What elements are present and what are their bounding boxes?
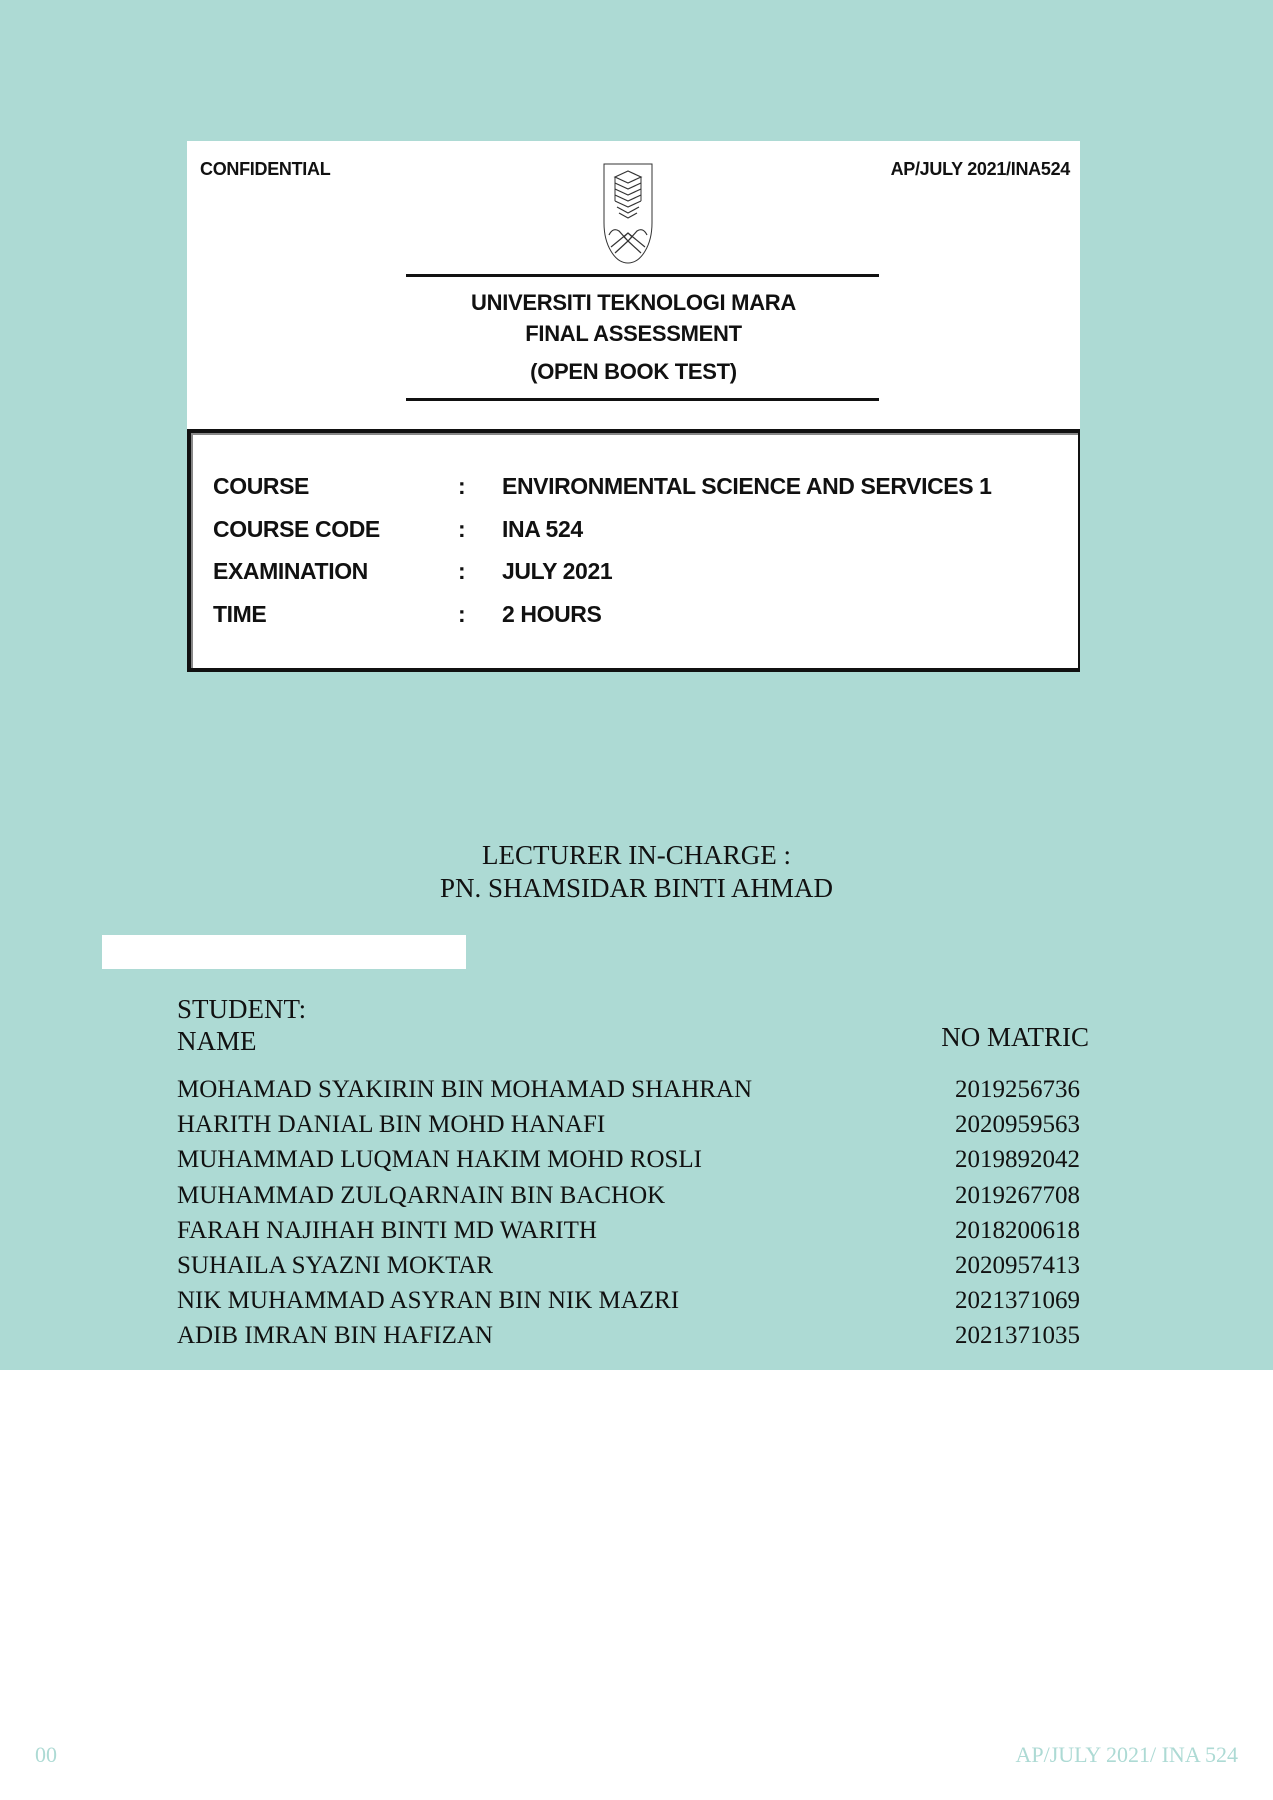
info-separator: :: [458, 558, 465, 585]
exam-header-card: CONFIDENTIAL AP/JULY 2021/INA524 UNIVERS…: [187, 141, 1080, 429]
student-matric: 2021371035: [955, 1322, 1080, 1350]
info-separator: :: [458, 601, 465, 628]
info-label: TIME: [213, 601, 266, 628]
student-row: ADIB IMRAN BIN HAFIZAN 2021371035: [177, 1322, 1080, 1357]
course-info-box: COURSE : ENVIRONMENTAL SCIENCE AND SERVI…: [187, 429, 1080, 672]
student-name: MUHAMMAD ZULQARNAIN BIN BACHOK: [177, 1182, 665, 1210]
page-number: 00: [35, 1742, 57, 1768]
info-separator: :: [458, 473, 465, 500]
student-matric: 2019256736: [955, 1076, 1080, 1104]
student-row: SUHAILA SYAZNI MOKTAR 2020957413: [177, 1252, 1080, 1287]
confidential-label: CONFIDENTIAL: [200, 159, 330, 180]
course-info-row: COURSE : ENVIRONMENTAL SCIENCE AND SERVI…: [213, 473, 1068, 503]
info-value: 2 HOURS: [502, 601, 601, 628]
student-name: ADIB IMRAN BIN HAFIZAN: [177, 1322, 493, 1350]
matric-column-header: NO MATRIC: [941, 1022, 1089, 1053]
student-matric: 2018200618: [955, 1217, 1080, 1245]
title-bottom-rule: [406, 398, 879, 401]
lecturer-heading: LECTURER IN-CHARGE :: [0, 840, 1273, 871]
student-matric: 2019892042: [955, 1146, 1080, 1174]
university-crest-icon: [603, 163, 653, 265]
student-matric: 2021371069: [955, 1287, 1080, 1315]
student-matric: 2020959563: [955, 1111, 1080, 1139]
student-row: MOHAMAD SYAKIRIN BIN MOHAMAD SHAHRAN 201…: [177, 1076, 1080, 1111]
lecturer-name: PN. SHAMSIDAR BINTI AHMAD: [0, 873, 1273, 904]
student-list: MOHAMAD SYAKIRIN BIN MOHAMAD SHAHRAN 201…: [177, 1076, 1080, 1358]
course-info-row: COURSE CODE : INA 524: [213, 516, 1068, 546]
title-top-rule: [406, 274, 879, 277]
student-name: HARITH DANIAL BIN MOHD HANAFI: [177, 1111, 605, 1139]
footer-reference: AP/JULY 2021/ INA 524: [1016, 1742, 1239, 1768]
reference-code: AP/JULY 2021/INA524: [891, 159, 1070, 180]
name-column-header: NAME: [177, 1026, 257, 1057]
university-name: UNIVERSITI TEKNOLOGI MARA: [187, 290, 1080, 316]
student-row: MUHAMMAD ZULQARNAIN BIN BACHOK 201926770…: [177, 1182, 1080, 1217]
course-info-row: TIME : 2 HOURS: [213, 601, 1068, 631]
info-label: COURSE CODE: [213, 516, 380, 543]
info-value: ENVIRONMENTAL SCIENCE AND SERVICES 1: [502, 473, 992, 500]
test-type: (OPEN BOOK TEST): [187, 359, 1080, 385]
student-matric: 2019267708: [955, 1182, 1080, 1210]
student-row: FARAH NAJIHAH BINTI MD WARITH 2018200618: [177, 1217, 1080, 1252]
student-matric: 2020957413: [955, 1252, 1080, 1280]
blank-white-strip: [102, 935, 466, 969]
student-row: MUHAMMAD LUQMAN HAKIM MOHD ROSLI 2019892…: [177, 1146, 1080, 1181]
student-name: NIK MUHAMMAD ASYRAN BIN NIK MAZRI: [177, 1287, 679, 1315]
student-name: MOHAMAD SYAKIRIN BIN MOHAMAD SHAHRAN: [177, 1076, 752, 1104]
student-section-label: STUDENT:: [177, 994, 306, 1025]
info-value: INA 524: [502, 516, 583, 543]
course-info-row: EXAMINATION : JULY 2021: [213, 558, 1068, 588]
info-label: EXAMINATION: [213, 558, 368, 585]
student-name: MUHAMMAD LUQMAN HAKIM MOHD ROSLI: [177, 1146, 702, 1174]
info-value: JULY 2021: [502, 558, 612, 585]
student-name: FARAH NAJIHAH BINTI MD WARITH: [177, 1217, 597, 1245]
info-label: COURSE: [213, 473, 309, 500]
info-separator: :: [458, 516, 465, 543]
assessment-title: FINAL ASSESSMENT: [187, 321, 1080, 347]
student-name: SUHAILA SYAZNI MOKTAR: [177, 1252, 493, 1280]
student-row: NIK MUHAMMAD ASYRAN BIN NIK MAZRI 202137…: [177, 1287, 1080, 1322]
student-row: HARITH DANIAL BIN MOHD HANAFI 2020959563: [177, 1111, 1080, 1146]
